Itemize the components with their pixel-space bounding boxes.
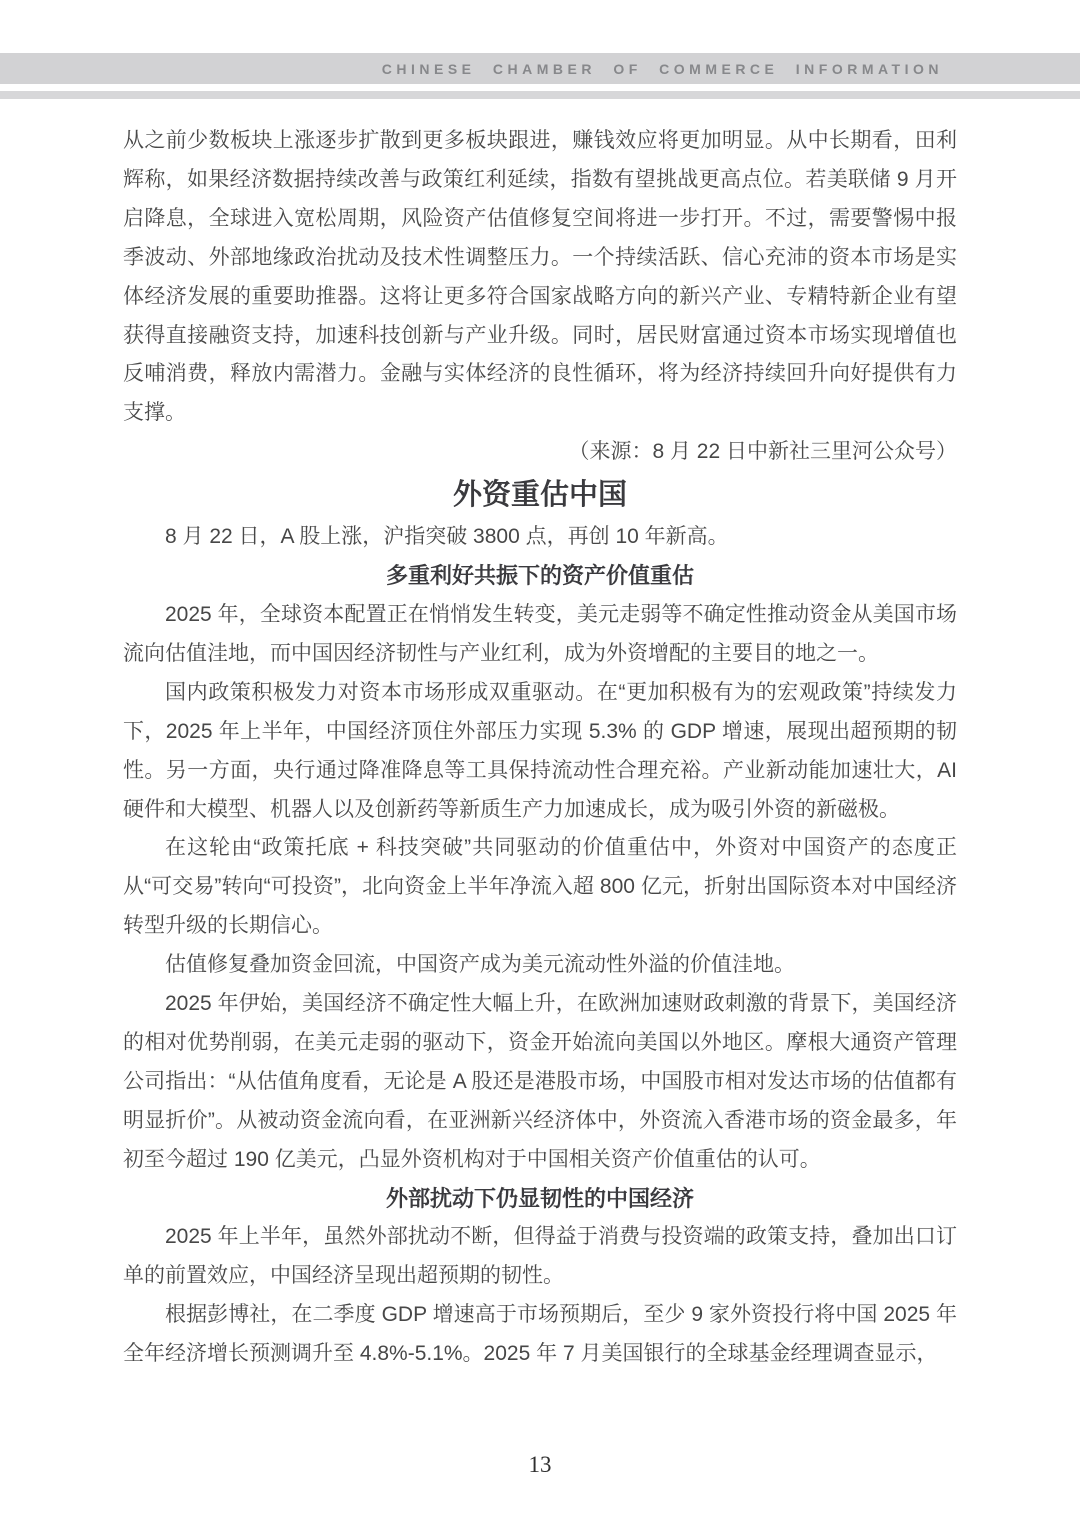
- article-title: 外资重估中国: [123, 472, 957, 518]
- header-banner-text: CHINESE CHAMBER OF COMMERCE INFORMATION: [382, 61, 943, 77]
- section-heading-economy-resilience: 外部扰动下仍显韧性的中国经济: [123, 1180, 957, 1219]
- lead-paragraph: 从之前少数板块上涨逐步扩散到更多板块跟进，赚钱效应将更加明显。从中长期看，田利辉…: [123, 122, 957, 433]
- body-paragraph: 2025 年，全球资本配置正在悄悄发生转变，美元走弱等不确定性推动资金从美国市场…: [123, 596, 957, 674]
- article-body: 从之前少数板块上涨逐步扩散到更多板块跟进，赚钱效应将更加明显。从中长期看，田利辉…: [123, 122, 957, 1374]
- source-attribution: （来源：8 月 22 日中新社三里河公众号）: [123, 433, 957, 472]
- body-paragraph: 2025 年上半年，虽然外部扰动不断，但得益于消费与投资端的政策支持，叠加出口订…: [123, 1218, 957, 1296]
- header-band: CHINESE CHAMBER OF COMMERCE INFORMATION: [0, 53, 1080, 84]
- document-page: CHINESE CHAMBER OF COMMERCE INFORMATION …: [0, 0, 1080, 1525]
- body-paragraph: 国内政策积极发力对资本市场形成双重驱动。在“更加积极有为的宏观政策”持续发力下，…: [123, 674, 957, 830]
- section-heading-asset-revaluation: 多重利好共振下的资产价值重估: [123, 557, 957, 596]
- body-paragraph: 估值修复叠加资金回流，中国资产成为美元流动性外溢的价值洼地。: [123, 946, 957, 985]
- body-paragraph: 2025 年伊始，美国经济不确定性大幅上升，在欧洲加速财政刺激的背景下，美国经济…: [123, 985, 957, 1180]
- body-paragraph: 在这轮由“政策托底 + 科技突破”共同驱动的价值重估中，外资对中国资产的态度正从…: [123, 829, 957, 946]
- intro-paragraph: 8 月 22 日，A 股上涨，沪指突破 3800 点，再创 10 年新高。: [123, 518, 957, 557]
- body-paragraph: 根据彭博社，在二季度 GDP 增速高于市场预期后，至少 9 家外资投行将中国 2…: [123, 1296, 957, 1374]
- header-rule: [0, 91, 1080, 99]
- page-number: 13: [0, 1452, 1080, 1478]
